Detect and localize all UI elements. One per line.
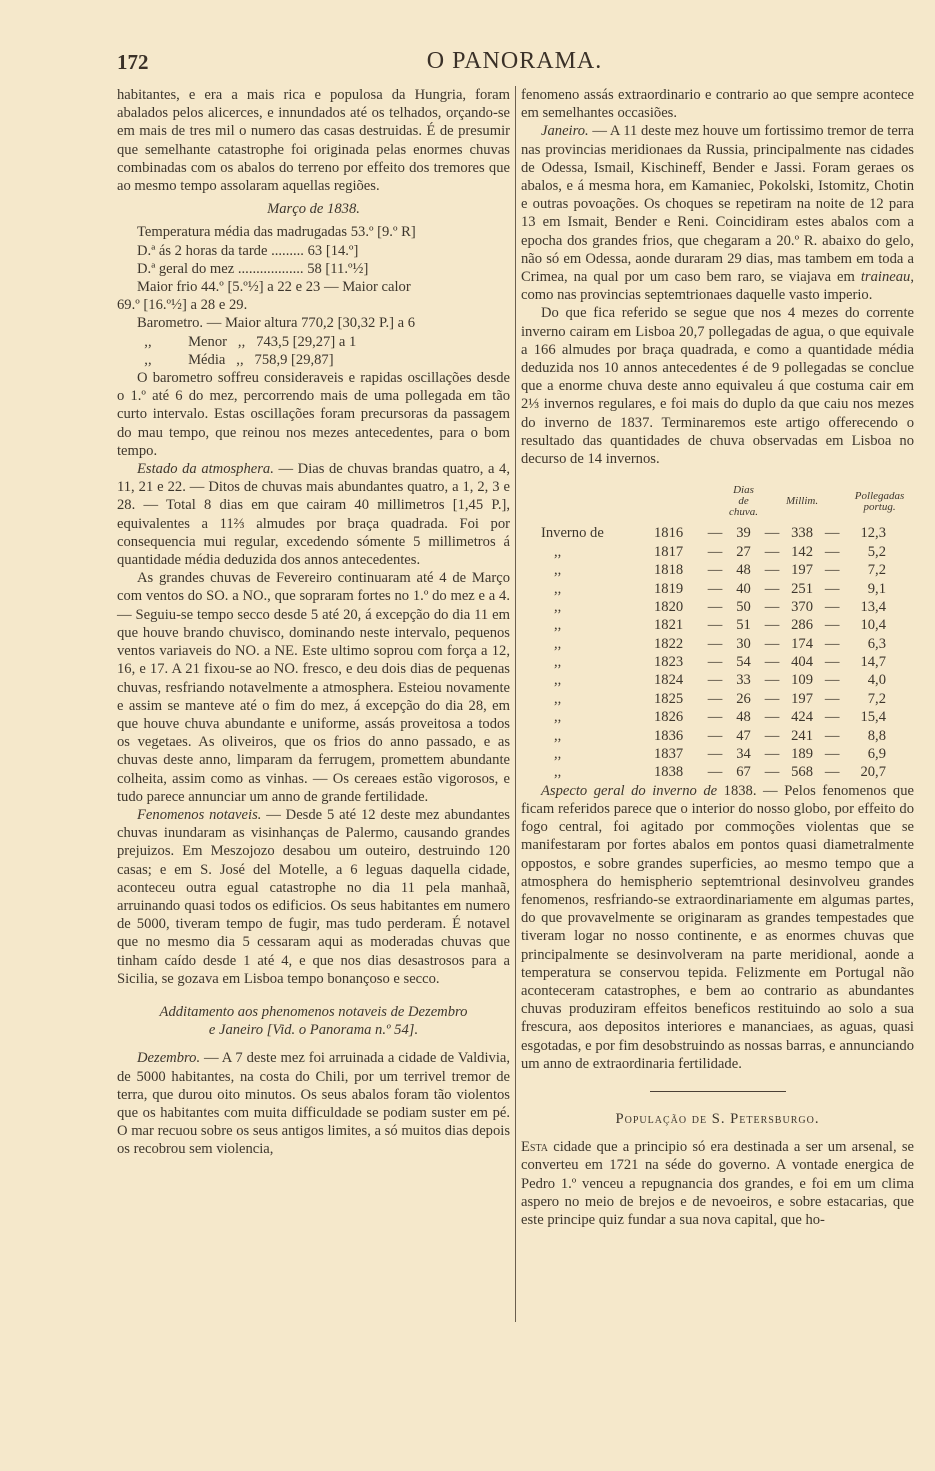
table-row: ,,1819—40—251—9,1 xyxy=(521,579,914,597)
dash: — xyxy=(702,671,728,689)
winter-aspect-label: Aspecto geral do inverno de xyxy=(541,783,717,799)
rain-days-cell: 67 xyxy=(728,763,759,781)
row-label: ,, xyxy=(521,635,654,653)
column-divider xyxy=(515,86,516,1322)
millimetres-cell: 286 xyxy=(785,616,819,634)
millimetres-cell: 568 xyxy=(785,763,819,781)
dash: — xyxy=(819,579,845,597)
year-cell: 1825 xyxy=(654,690,702,708)
inches-cell: 9,1 xyxy=(845,579,914,597)
millimetres-cell: 174 xyxy=(785,635,819,653)
table-row: ,,1818—48—197—7,2 xyxy=(521,561,914,579)
inches-cell: 12,3 xyxy=(845,524,914,542)
phenomena-paragraph: Fenomenos notaveis. — Desde 5 até 12 des… xyxy=(117,806,510,988)
running-head: 172 O PANORAMA. xyxy=(117,48,912,78)
row-label: ,, xyxy=(521,690,654,708)
rain-days-cell: 39 xyxy=(728,524,759,542)
dash: — xyxy=(702,763,728,781)
inches-cell: 20,7 xyxy=(845,763,914,781)
row-label: ,, xyxy=(521,708,654,726)
year-cell: 1821 xyxy=(654,616,702,634)
rain-days-cell: 50 xyxy=(728,598,759,616)
december-label: Dezembro. xyxy=(137,1050,200,1066)
addendum-heading-line-1: Additamento aos phenomenos notaveis de D… xyxy=(117,1003,510,1021)
rain-days-cell: 51 xyxy=(728,616,759,634)
rain-days-cell: 26 xyxy=(728,690,759,708)
table-row: ,,1826—48—424—15,4 xyxy=(521,708,914,726)
row-label: ,, xyxy=(521,653,654,671)
dash: — xyxy=(819,690,845,708)
year-cell: 1816 xyxy=(654,524,702,542)
dash: — xyxy=(702,690,728,708)
row-label: ,, xyxy=(521,727,654,745)
journal-title: O PANORAMA. xyxy=(117,48,912,75)
atmosphere-paragraph: Estado da atmosphera. — Dias de chuvas b… xyxy=(117,460,510,569)
section-heading-marco: Março de 1838. xyxy=(117,200,510,218)
atmosphere-label: Estado da atmosphera. xyxy=(137,461,274,477)
newspaper-page: 172 O PANORAMA. habitantes, e era a mais… xyxy=(0,0,935,1471)
dash: — xyxy=(702,727,728,745)
meteo-line: Maior frio 44.º [5.º½] a 22 e 23 — Maior… xyxy=(117,278,510,296)
dash: — xyxy=(819,635,845,653)
year-cell: 1823 xyxy=(654,653,702,671)
millimetres-cell: 197 xyxy=(785,690,819,708)
millimetres-cell: 197 xyxy=(785,561,819,579)
dash: — xyxy=(702,579,728,597)
petersburg-lead-word: Esta xyxy=(521,1139,548,1155)
year-cell: 1836 xyxy=(654,727,702,745)
dash: — xyxy=(819,708,845,726)
table-row: Inverno de1816—39—338—12,3 xyxy=(521,524,914,542)
february-rains-paragraph: As grandes chuvas de Fevereiro continuar… xyxy=(117,569,510,806)
dash: — xyxy=(702,745,728,763)
table-row: ,,1820—50—370—13,4 xyxy=(521,598,914,616)
year-cell: 1824 xyxy=(654,671,702,689)
december-paragraph: Dezembro. — A 7 deste mez foi arruinada … xyxy=(117,1049,510,1158)
dash: — xyxy=(702,524,728,542)
dash: — xyxy=(759,561,785,579)
dash: — xyxy=(819,543,845,561)
inches-cell: 6,3 xyxy=(845,635,914,653)
row-label: ,, xyxy=(521,671,654,689)
millimetres-cell: 424 xyxy=(785,708,819,726)
dash: — xyxy=(702,635,728,653)
millimetres-cell: 370 xyxy=(785,598,819,616)
millimetres-cell: 142 xyxy=(785,543,819,561)
dash: — xyxy=(759,745,785,763)
dash: — xyxy=(759,635,785,653)
barometer-line: ,, Média ,, 758,9 [29,87] xyxy=(117,351,510,369)
table-row: ,,1825—26—197—7,2 xyxy=(521,690,914,708)
dash: — xyxy=(819,745,845,763)
table-row: ,,1821—51—286—10,4 xyxy=(521,616,914,634)
dash: — xyxy=(702,708,728,726)
inches-cell: 10,4 xyxy=(845,616,914,634)
year-cell: 1838 xyxy=(654,763,702,781)
inches-cell: 15,4 xyxy=(845,708,914,726)
continuation-paragraph: fenomeno assás extraordinario e contrari… xyxy=(521,86,914,122)
petersburg-heading: População de S. Petersburgo. xyxy=(521,1110,914,1128)
meteo-line: D.ª geral do mez .................. 58 [… xyxy=(117,260,510,278)
year-cell: 1826 xyxy=(654,708,702,726)
dash: — xyxy=(702,598,728,616)
phenomena-label: Fenomenos notaveis. xyxy=(137,807,261,823)
row-label: Inverno de xyxy=(521,524,654,542)
addendum-heading-line-2: e Janeiro [Vid. o Panorama n.º 54]. xyxy=(117,1021,510,1039)
right-column: fenomeno assás extraordinario e contrari… xyxy=(521,86,914,1229)
rain-days-cell: 47 xyxy=(728,727,759,745)
dash: — xyxy=(759,579,785,597)
millimetres-cell: 251 xyxy=(785,579,819,597)
millimetres-cell: 404 xyxy=(785,653,819,671)
inches-cell: 14,7 xyxy=(845,653,914,671)
inches-cell: 7,2 xyxy=(845,690,914,708)
rainfall-table: Dias de chuva. Millim. Pollegadas portug… xyxy=(521,484,914,781)
summary-paragraph: Do que fica referido se segue que nos 4 … xyxy=(521,304,914,468)
year-cell: 1820 xyxy=(654,598,702,616)
january-label: Janeiro. xyxy=(541,123,589,139)
dash: — xyxy=(759,543,785,561)
year-cell: 1818 xyxy=(654,561,702,579)
header-days: Dias de chuva. xyxy=(728,484,759,524)
barometer-paragraph: O barometro soffreu consideraveis e rapi… xyxy=(117,369,510,460)
row-label: ,, xyxy=(521,598,654,616)
dash: — xyxy=(759,727,785,745)
row-label: ,, xyxy=(521,543,654,561)
dash: — xyxy=(819,561,845,579)
rain-days-cell: 40 xyxy=(728,579,759,597)
rain-days-cell: 27 xyxy=(728,543,759,561)
rain-days-cell: 30 xyxy=(728,635,759,653)
dash: — xyxy=(759,671,785,689)
december-text: — A 7 deste mez foi arruinada a cidade d… xyxy=(117,1050,510,1157)
dash: — xyxy=(759,598,785,616)
row-label: ,, xyxy=(521,579,654,597)
inches-cell: 5,2 xyxy=(845,543,914,561)
winter-aspect-paragraph: Aspecto geral do inverno de 1838. — Pelo… xyxy=(521,782,914,1073)
dash: — xyxy=(702,616,728,634)
table-row: ,,1817—27—142—5,2 xyxy=(521,543,914,561)
millimetres-cell: 241 xyxy=(785,727,819,745)
year-cell: 1819 xyxy=(654,579,702,597)
dash: — xyxy=(759,616,785,634)
winter-aspect-text: — Pelos fenomenos que ficam referidos pa… xyxy=(521,783,914,1072)
meteo-line: D.ª ás 2 horas da tarde ......... 63 [14… xyxy=(117,242,510,260)
rain-days-cell: 33 xyxy=(728,671,759,689)
table-row: ,,1836—47—241—8,8 xyxy=(521,727,914,745)
barometer-line: ,, Menor ,, 743,5 [29,27] a 1 xyxy=(117,333,510,351)
dash: — xyxy=(759,690,785,708)
meteo-line: 69.º [16.º½] a 28 e 29. xyxy=(117,296,510,314)
table-row: ,,1824—33—109—4,0 xyxy=(521,671,914,689)
year-cell: 1837 xyxy=(654,745,702,763)
left-column: habitantes, e era a mais rica e populosa… xyxy=(117,86,510,1159)
inches-cell: 4,0 xyxy=(845,671,914,689)
millimetres-cell: 338 xyxy=(785,524,819,542)
intro-paragraph: habitantes, e era a mais rica e populosa… xyxy=(117,86,510,195)
rain-days-cell: 34 xyxy=(728,745,759,763)
header-pollegadas: Pollegadas portug. xyxy=(845,484,914,524)
inches-cell: 13,4 xyxy=(845,598,914,616)
inches-cell: 8,8 xyxy=(845,727,914,745)
traineau-word: traineau xyxy=(861,269,910,285)
table-row: ,,1823—54—404—14,7 xyxy=(521,653,914,671)
dash: — xyxy=(759,524,785,542)
header-millim: Millim. xyxy=(785,484,819,524)
section-divider xyxy=(650,1091,786,1092)
january-text: — A 11 deste mez houve um fortissimo tre… xyxy=(521,123,914,285)
row-label: ,, xyxy=(521,616,654,634)
row-label: ,, xyxy=(521,561,654,579)
phenomena-text: — Desde 5 até 12 deste mez abundantes ch… xyxy=(117,807,510,987)
atmosphere-text: — Dias de chuvas brandas quatro, a 4, 11… xyxy=(117,461,510,568)
barometer-line: Barometro. — Maior altura 770,2 [30,32 P… xyxy=(117,314,510,332)
dash: — xyxy=(702,561,728,579)
inches-cell: 7,2 xyxy=(845,561,914,579)
inches-cell: 6,9 xyxy=(845,745,914,763)
table-header-row: Dias de chuva. Millim. Pollegadas portug… xyxy=(521,484,914,524)
year-cell: 1817 xyxy=(654,543,702,561)
petersburg-text: cidade que a principio só era destinada … xyxy=(521,1139,914,1228)
millimetres-cell: 109 xyxy=(785,671,819,689)
rain-days-cell: 48 xyxy=(728,708,759,726)
millimetres-cell: 189 xyxy=(785,745,819,763)
year-cell: 1822 xyxy=(654,635,702,653)
dash: — xyxy=(702,543,728,561)
rain-days-cell: 48 xyxy=(728,561,759,579)
dash: — xyxy=(819,524,845,542)
dash: — xyxy=(819,653,845,671)
january-paragraph: Janeiro. — A 11 deste mez houve um forti… xyxy=(521,122,914,304)
dash: — xyxy=(759,708,785,726)
meteo-line: Temperatura média das madrugadas 53.º [9… xyxy=(117,223,510,241)
row-label: ,, xyxy=(521,763,654,781)
dash: — xyxy=(759,763,785,781)
dash: — xyxy=(819,616,845,634)
winter-aspect-year: 1838. xyxy=(717,783,756,799)
dash: — xyxy=(702,653,728,671)
dash: — xyxy=(819,727,845,745)
row-label: ,, xyxy=(521,745,654,763)
dash: — xyxy=(819,598,845,616)
petersburg-paragraph: Esta cidade que a principio só era desti… xyxy=(521,1138,914,1229)
dash: — xyxy=(759,653,785,671)
table-row: ,,1822—30—174—6,3 xyxy=(521,635,914,653)
rain-days-cell: 54 xyxy=(728,653,759,671)
table-body: Inverno de1816—39—338—12,3,,1817—27—142—… xyxy=(521,524,914,781)
temperature-block: Temperatura média das madrugadas 53.º [9… xyxy=(117,223,510,369)
table-row: ,,1838—67—568—20,7 xyxy=(521,763,914,781)
dash: — xyxy=(819,671,845,689)
table-row: ,,1837—34—189—6,9 xyxy=(521,745,914,763)
dash: — xyxy=(819,763,845,781)
